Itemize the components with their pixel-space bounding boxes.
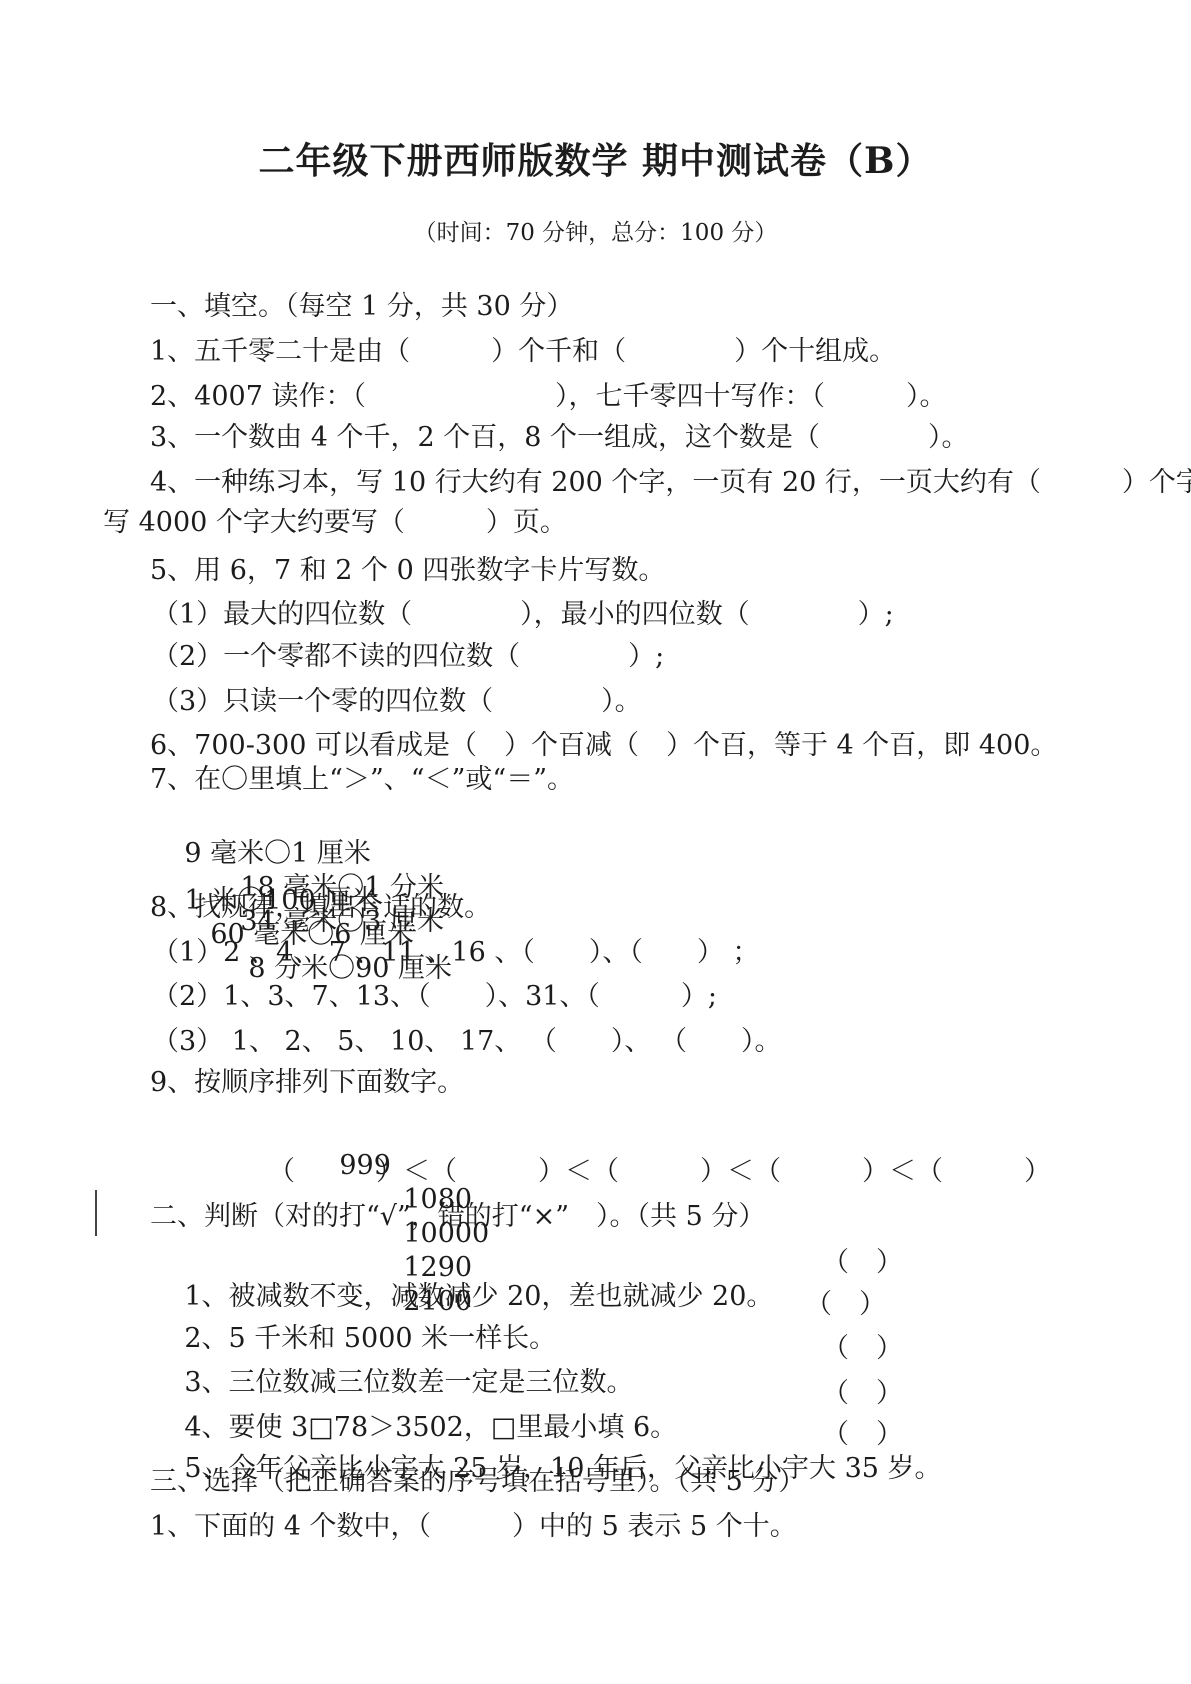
section3-heading: 三、选择（把正确答案的序号填在括号里）。（共 5 分） bbox=[150, 1465, 805, 1499]
section1-item-2: 2、4007 读作：（ ），七千零四十写作：（ ）。 bbox=[150, 380, 946, 414]
section1-item-8-sub1: （1）2 、4、 7 、11 、16 、（ ）、（ ） ； bbox=[152, 936, 759, 970]
section1-item-7: 7、在〇里填上“＞”、“＜”或“＝”。 bbox=[150, 763, 574, 797]
margin-revision-bar bbox=[95, 1190, 97, 1236]
answer-bracket: （ ） bbox=[822, 1332, 903, 1366]
section1-item-9: 9、按顺序排列下面数字。 bbox=[150, 1066, 464, 1100]
paper-subtitle: （时间：70 分钟，总分：100 分） bbox=[0, 214, 1191, 247]
section1-item-3: 3、一个数由 4 个千，2 个百，8 个一组成，这个数是（ ）。 bbox=[150, 421, 969, 455]
section1-item-6: 6、700-300 可以看成是（ ）个百减（ ）个百，等于 4 个百，即 400… bbox=[150, 729, 1057, 763]
answer-bracket: （ ） bbox=[822, 1377, 903, 1411]
answer-bracket: （ ） bbox=[805, 1288, 886, 1322]
section3-item-1: 1、下面的 4 个数中，（ ）中的 5 表示 5 个十。 bbox=[150, 1510, 797, 1544]
answer-bracket: （ ） bbox=[822, 1246, 903, 1280]
section1-item-5-sub3: （3）只读一个零的四位数（ ）。 bbox=[152, 685, 642, 719]
section1-item-5-sub2: （2）一个零都不读的四位数（ ）; bbox=[152, 640, 664, 674]
section1-item-8-sub2: （2）1、3、7、13、（ ）、31、（ ）; bbox=[152, 980, 717, 1014]
section2-heading: 二、判断（对的打“√”，错的打“×” ）。（共 5 分） bbox=[150, 1200, 765, 1234]
q9-ordering-brackets: （ ）＜（ ）＜（ ）＜（ ）＜（ ） bbox=[268, 1155, 1051, 1189]
section1-item-5-sub1: （1）最大的四位数（ ），最小的四位数（ ）; bbox=[152, 598, 894, 632]
section1-item-1: 1、五千零二十是由（ ）个千和（ ）个十组成。 bbox=[150, 335, 896, 369]
section1-item-4-line1: 4、一种练习本，写 10 行大约有 200 个字，一页有 20 行，一页大约有（… bbox=[150, 466, 1191, 500]
section1-item-8: 8、找规律，填出合适的数。 bbox=[150, 891, 491, 925]
section1-heading: 一、填空。（每空 1 分，共 30 分） bbox=[150, 290, 573, 324]
section1-item-5: 5、用 6，7 和 2 个 0 四张数字卡片写数。 bbox=[150, 554, 665, 588]
test-paper-page: 二年级下册西师版数学 期中测试卷（B） （时间：70 分钟，总分：100 分） … bbox=[0, 0, 1191, 1684]
paper-title: 二年级下册西师版数学 期中测试卷（B） bbox=[0, 133, 1191, 184]
section1-item-8-sub3: （3） 1、 2、 5、 10、 17、 （ ）、 （ ）。 bbox=[152, 1025, 782, 1059]
section1-item-4-line2: 写 4000 个字大约要写（ ）页。 bbox=[103, 506, 567, 540]
answer-bracket: （ ） bbox=[822, 1418, 903, 1452]
